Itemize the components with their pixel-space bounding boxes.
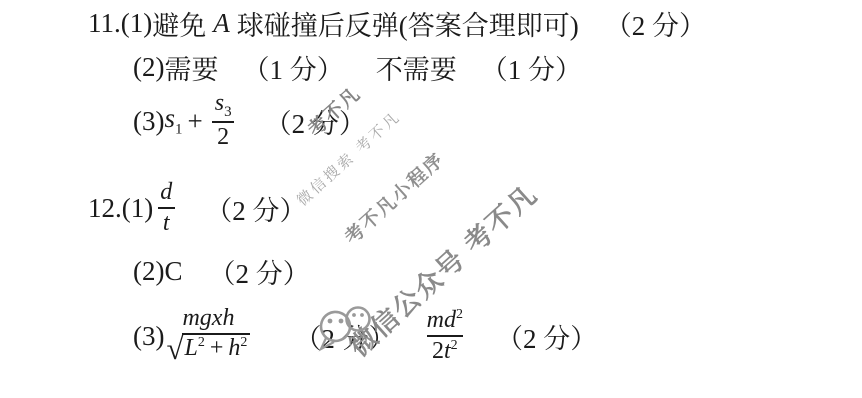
q11-p1-variable-A: A [213,8,230,39]
q12-p3-fraction2: md2 2t2 [422,307,468,365]
q12-p3-fraction1: mgxh √ L2+h2 [166,305,250,366]
q11-part1-line: 11. (1) 避免 A 球碰撞后反弹(答案合理即可) （2 分） [88,6,706,40]
q11-p1-label: (1) [121,8,152,39]
q12-number: 12. [88,193,122,224]
q11-p2-answer2: 不需要 [376,48,457,87]
q11-p2-answer1: 需要 [164,48,218,87]
q12-p3-label: (3) [133,321,164,352]
q11-p3-term-s1: s1 [164,103,182,138]
q12-part2-line: (2) C （2 分） [133,252,310,290]
q12-p2-answer: C [164,256,182,287]
q12-p2-score: （2 分） [209,252,310,291]
q12-part1-line: 12. (1) d t （2 分） [88,178,306,238]
q12-p1-label: (1) [122,193,153,224]
q11-number: 11. [88,8,121,39]
q11-p3-label: (3) [133,106,164,137]
q11-p1-text-pre: 避免 [152,4,206,43]
watermark-mini-program: 考不凡小程序 [338,145,450,249]
q12-p2-label: (2) [133,256,164,287]
answer-key-document: 11. (1) 避免 A 球碰撞后反弹(答案合理即可) （2 分） (2) 需要… [0,0,862,398]
q11-p3-fraction: s3 2 [210,90,237,152]
q11-p2-label: (2) [133,52,164,83]
q11-part3-line: (3) s1 + s3 2 （2 分） [133,95,366,147]
q11-p1-score: （2 分） [605,4,706,43]
q11-p3-score: （2 分） [265,102,366,141]
q12-p1-fraction: d t [155,179,177,237]
q11-p2-score2: （1 分） [481,48,582,87]
q12-p1-score: （2 分） [205,189,306,228]
q12-p3-score2: （2 分） [496,317,597,356]
square-root: √ L2+h2 [166,333,250,364]
q11-part2-line: (2) 需要 （1 分） 不需要 （1 分） [133,50,582,84]
plus-operator: + [188,106,203,137]
q11-p2-score1: （1 分） [242,48,343,87]
q11-p1-text-post: 球碰撞后反弹(答案合理即可) [237,4,579,43]
kaobufan-mascot-faces-icon [316,302,380,356]
